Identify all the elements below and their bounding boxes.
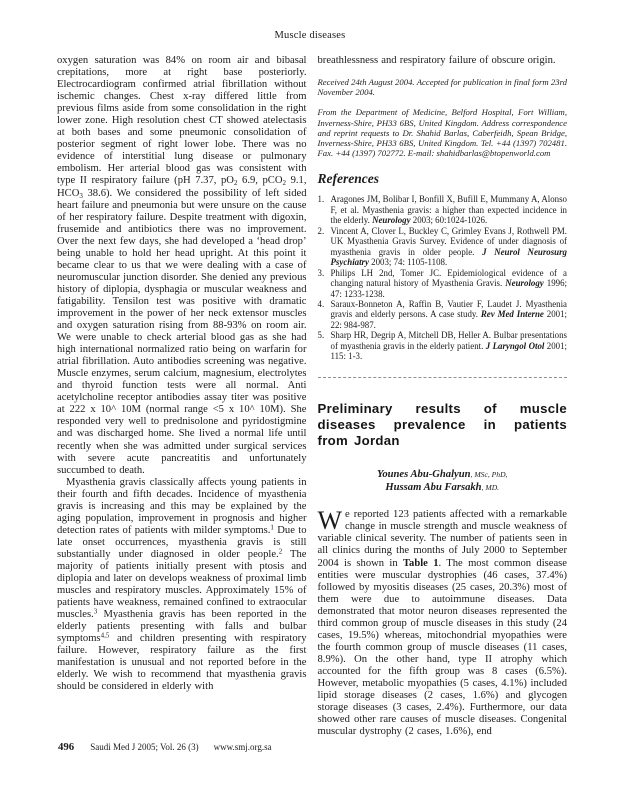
second-article-title: Preliminary results of muscle diseases p… [318,401,568,450]
author-name-2: Hussam Abu Farsakh, MD. [318,481,568,494]
reference-item-5: Sharp HR, Degrip A, Mitchell DB, Heller … [318,330,568,361]
case-report-paragraph: oxygen saturation was 84% on room air an… [57,55,307,477]
journal-page: Muscle diseases oxygen saturation was 84… [0,0,620,802]
journal-website: www.smj.org.sa [214,742,272,752]
second-article-body-text: e reported 123 patients affected with a … [318,509,568,737]
left-column: oxygen saturation was 84% on room air an… [57,55,307,738]
reference-item-2: Vincent A, Clover L, Buckley C, Grimley … [318,226,568,268]
second-article-body-paragraph: We reported 123 patients affected with a… [318,509,568,738]
article-separator-line [318,377,568,378]
journal-citation: Saudi Med J 2005; Vol. 26 (3) [90,742,198,752]
page-number: 496 [58,741,74,753]
right-column: breathlessness and respiratory failure o… [318,55,568,738]
reference-item-4: Saraux-Bonneton A, Raffin B, Vautier F, … [318,299,568,330]
two-column-layout: oxygen saturation was 84% on room air an… [57,55,567,738]
references-list: Aragones JM, Bolibar I, Bonfill X, Bufil… [318,194,568,361]
drop-cap: W [318,510,343,532]
author-name-1: Younes Abu-Ghalyun, MSc, PhD, [318,468,568,481]
running-head: Muscle diseases [0,30,620,42]
reference-item-1: Aragones JM, Bolibar I, Bonfill X, Bufil… [318,194,568,225]
discussion-paragraph: Myasthenia gravis classically affects yo… [57,477,307,694]
page-footer: 496Saudi Med J 2005; Vol. 26 (3)www.smj.… [58,742,272,753]
references-heading: References [318,171,568,186]
received-accepted-note: Received 24th August 2004. Accepted for … [318,77,568,97]
affiliation-correspondence-note: From the Department of Medicine, Belford… [318,107,568,158]
continuation-paragraph: breathlessness and respiratory failure o… [318,55,568,67]
author-list: Younes Abu-Ghalyun, MSc, PhD, Hussam Abu… [318,468,568,494]
reference-item-3: Philips LH 2nd, Tomer JC. Epidemiologica… [318,268,568,299]
